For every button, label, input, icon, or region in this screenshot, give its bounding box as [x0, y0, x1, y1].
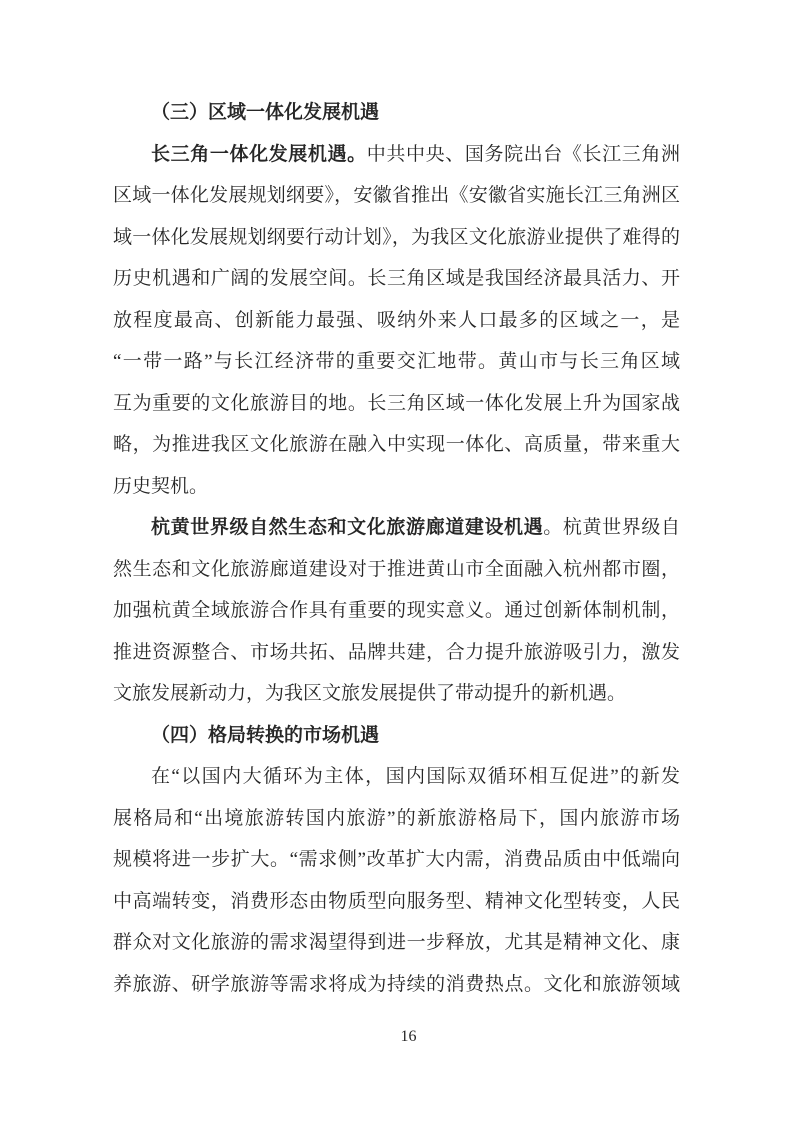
bold-text-run: 杭黄世界级自然生态和文化旅游廊道建设机遇 [151, 517, 543, 538]
text-line: 文旅发展新动力，为我区文旅发展提供了带动提升的新机遇。 [113, 673, 680, 715]
document-page: （三）区域一体化发展机遇长三角一体化发展机遇。中共中央、国务院出台《长江三角洲区… [0, 0, 793, 1122]
text-run: 域一体化发展规划纲要行动计划》，为我区文化旅游业提供了难得的 [113, 227, 680, 248]
text-line: 群众对文化旅游的需求渴望得到进一步释放，尤其是精神文化、康 [113, 922, 680, 964]
page-number: 16 [12, 1026, 793, 1048]
bold-text-run: （三）区域一体化发展机遇 [151, 102, 379, 123]
section-heading-4: （四）格局转换的市场机遇 [113, 715, 680, 757]
text-line: “一带一路”与长江经济带的重要交汇地带。黄山市与长三角区域 [113, 341, 680, 383]
paragraph-hanghuang-corridor: 杭黄世界级自然生态和文化旅游廊道建设机遇。杭黄世界级自然生态和文化旅游廊道建设对… [113, 507, 680, 715]
document-body: （三）区域一体化发展机遇长三角一体化发展机遇。中共中央、国务院出台《长江三角洲区… [113, 92, 680, 1005]
text-run: 略，为推进我区文化旅游在融入中实现一体化、高质量，带来重大 [113, 434, 680, 455]
paragraph-market-pattern: 在“以国内大循环为主体，国内国际双循环相互促进”的新发展格局和“出境旅游转国内旅… [113, 756, 680, 1005]
text-run: 互为重要的文化旅游目的地。长三角区域一体化发展上升为国家战 [113, 393, 680, 414]
text-line: 展格局和“出境旅游转国内旅游”的新旅游格局下，国内旅游市场 [113, 798, 680, 840]
heading-line: （三）区域一体化发展机遇 [113, 92, 680, 134]
text-line: 养旅游、研学旅游等需求将成为持续的消费热点。文化和旅游领域 [113, 964, 680, 1006]
text-run: 推进资源整合、市场共拓、品牌共建，合力提升旅游吸引力，激发 [113, 642, 680, 663]
text-line: 中高端转变，消费形态由物质型向服务型、精神文化型转变，人民 [113, 881, 680, 923]
text-run: 中高端转变，消费形态由物质型向服务型、精神文化型转变，人民 [113, 891, 680, 912]
text-line: 杭黄世界级自然生态和文化旅游廊道建设机遇。杭黄世界级自 [113, 507, 680, 549]
text-run: 历史机遇和广阔的发展空间。长三角区域是我国经济最具活力、开 [113, 268, 680, 289]
text-run: 规模将进一步扩大。“需求侧”改革扩大内需，消费品质由中低端向 [113, 849, 680, 870]
text-run: 养旅游、研学旅游等需求将成为持续的消费热点。文化和旅游领域 [113, 974, 680, 995]
text-line: 在“以国内大循环为主体，国内国际双循环相互促进”的新发 [113, 756, 680, 798]
text-line: 域一体化发展规划纲要行动计划》，为我区文化旅游业提供了难得的 [113, 217, 680, 259]
text-run: 文旅发展新动力，为我区文旅发展提供了带动提升的新机遇。 [113, 683, 626, 704]
text-run: 区域一体化发展规划纲要》，安徽省推出《安徽省实施长江三角洲区 [113, 185, 680, 206]
text-run: 加强杭黄全域旅游合作具有重要的现实意义。通过创新体制机制， [113, 600, 680, 621]
text-run: “一带一路”与长江经济带的重要交汇地带。黄山市与长三角区域 [113, 351, 680, 372]
text-run: 。杭黄世界级自 [543, 517, 680, 538]
text-line: 加强杭黄全域旅游合作具有重要的现实意义。通过创新体制机制， [113, 590, 680, 632]
bold-text-run: 长三角一体化发展机遇。 [151, 144, 367, 165]
text-run: 历史契机。 [113, 476, 208, 497]
text-run: 在“以国内大循环为主体，国内国际双循环相互促进”的新发 [151, 766, 680, 787]
text-line: 然生态和文化旅游廊道建设对于推进黄山市全面融入杭州都市圈， [113, 549, 680, 591]
text-run: 然生态和文化旅游廊道建设对于推进黄山市全面融入杭州都市圈， [113, 559, 680, 580]
text-run: 群众对文化旅游的需求渴望得到进一步释放，尤其是精神文化、康 [113, 932, 680, 953]
text-line: 区域一体化发展规划纲要》，安徽省推出《安徽省实施长江三角洲区 [113, 175, 680, 217]
heading-line: （四）格局转换的市场机遇 [113, 715, 680, 757]
text-line: 历史机遇和广阔的发展空间。长三角区域是我国经济最具活力、开 [113, 258, 680, 300]
text-line: 历史契机。 [113, 466, 680, 508]
text-run: 中共中央、国务院出台《长江三角洲 [367, 144, 680, 165]
text-run: 放程度最高、创新能力最强、吸纳外来人口最多的区域之一，是 [113, 310, 680, 331]
text-line: 互为重要的文化旅游目的地。长三角区域一体化发展上升为国家战 [113, 383, 680, 425]
bold-text-run: （四）格局转换的市场机遇 [151, 725, 379, 746]
text-line: 长三角一体化发展机遇。中共中央、国务院出台《长江三角洲 [113, 134, 680, 176]
text-line: 推进资源整合、市场共拓、品牌共建，合力提升旅游吸引力，激发 [113, 632, 680, 674]
text-line: 放程度最高、创新能力最强、吸纳外来人口最多的区域之一，是 [113, 300, 680, 342]
text-line: 规模将进一步扩大。“需求侧”改革扩大内需，消费品质由中低端向 [113, 839, 680, 881]
section-heading-3: （三）区域一体化发展机遇 [113, 92, 680, 134]
paragraph-changjiang-delta: 长三角一体化发展机遇。中共中央、国务院出台《长江三角洲区域一体化发展规划纲要》，… [113, 134, 680, 508]
text-run: 展格局和“出境旅游转国内旅游”的新旅游格局下，国内旅游市场 [113, 808, 680, 829]
text-line: 略，为推进我区文化旅游在融入中实现一体化、高质量，带来重大 [113, 424, 680, 466]
